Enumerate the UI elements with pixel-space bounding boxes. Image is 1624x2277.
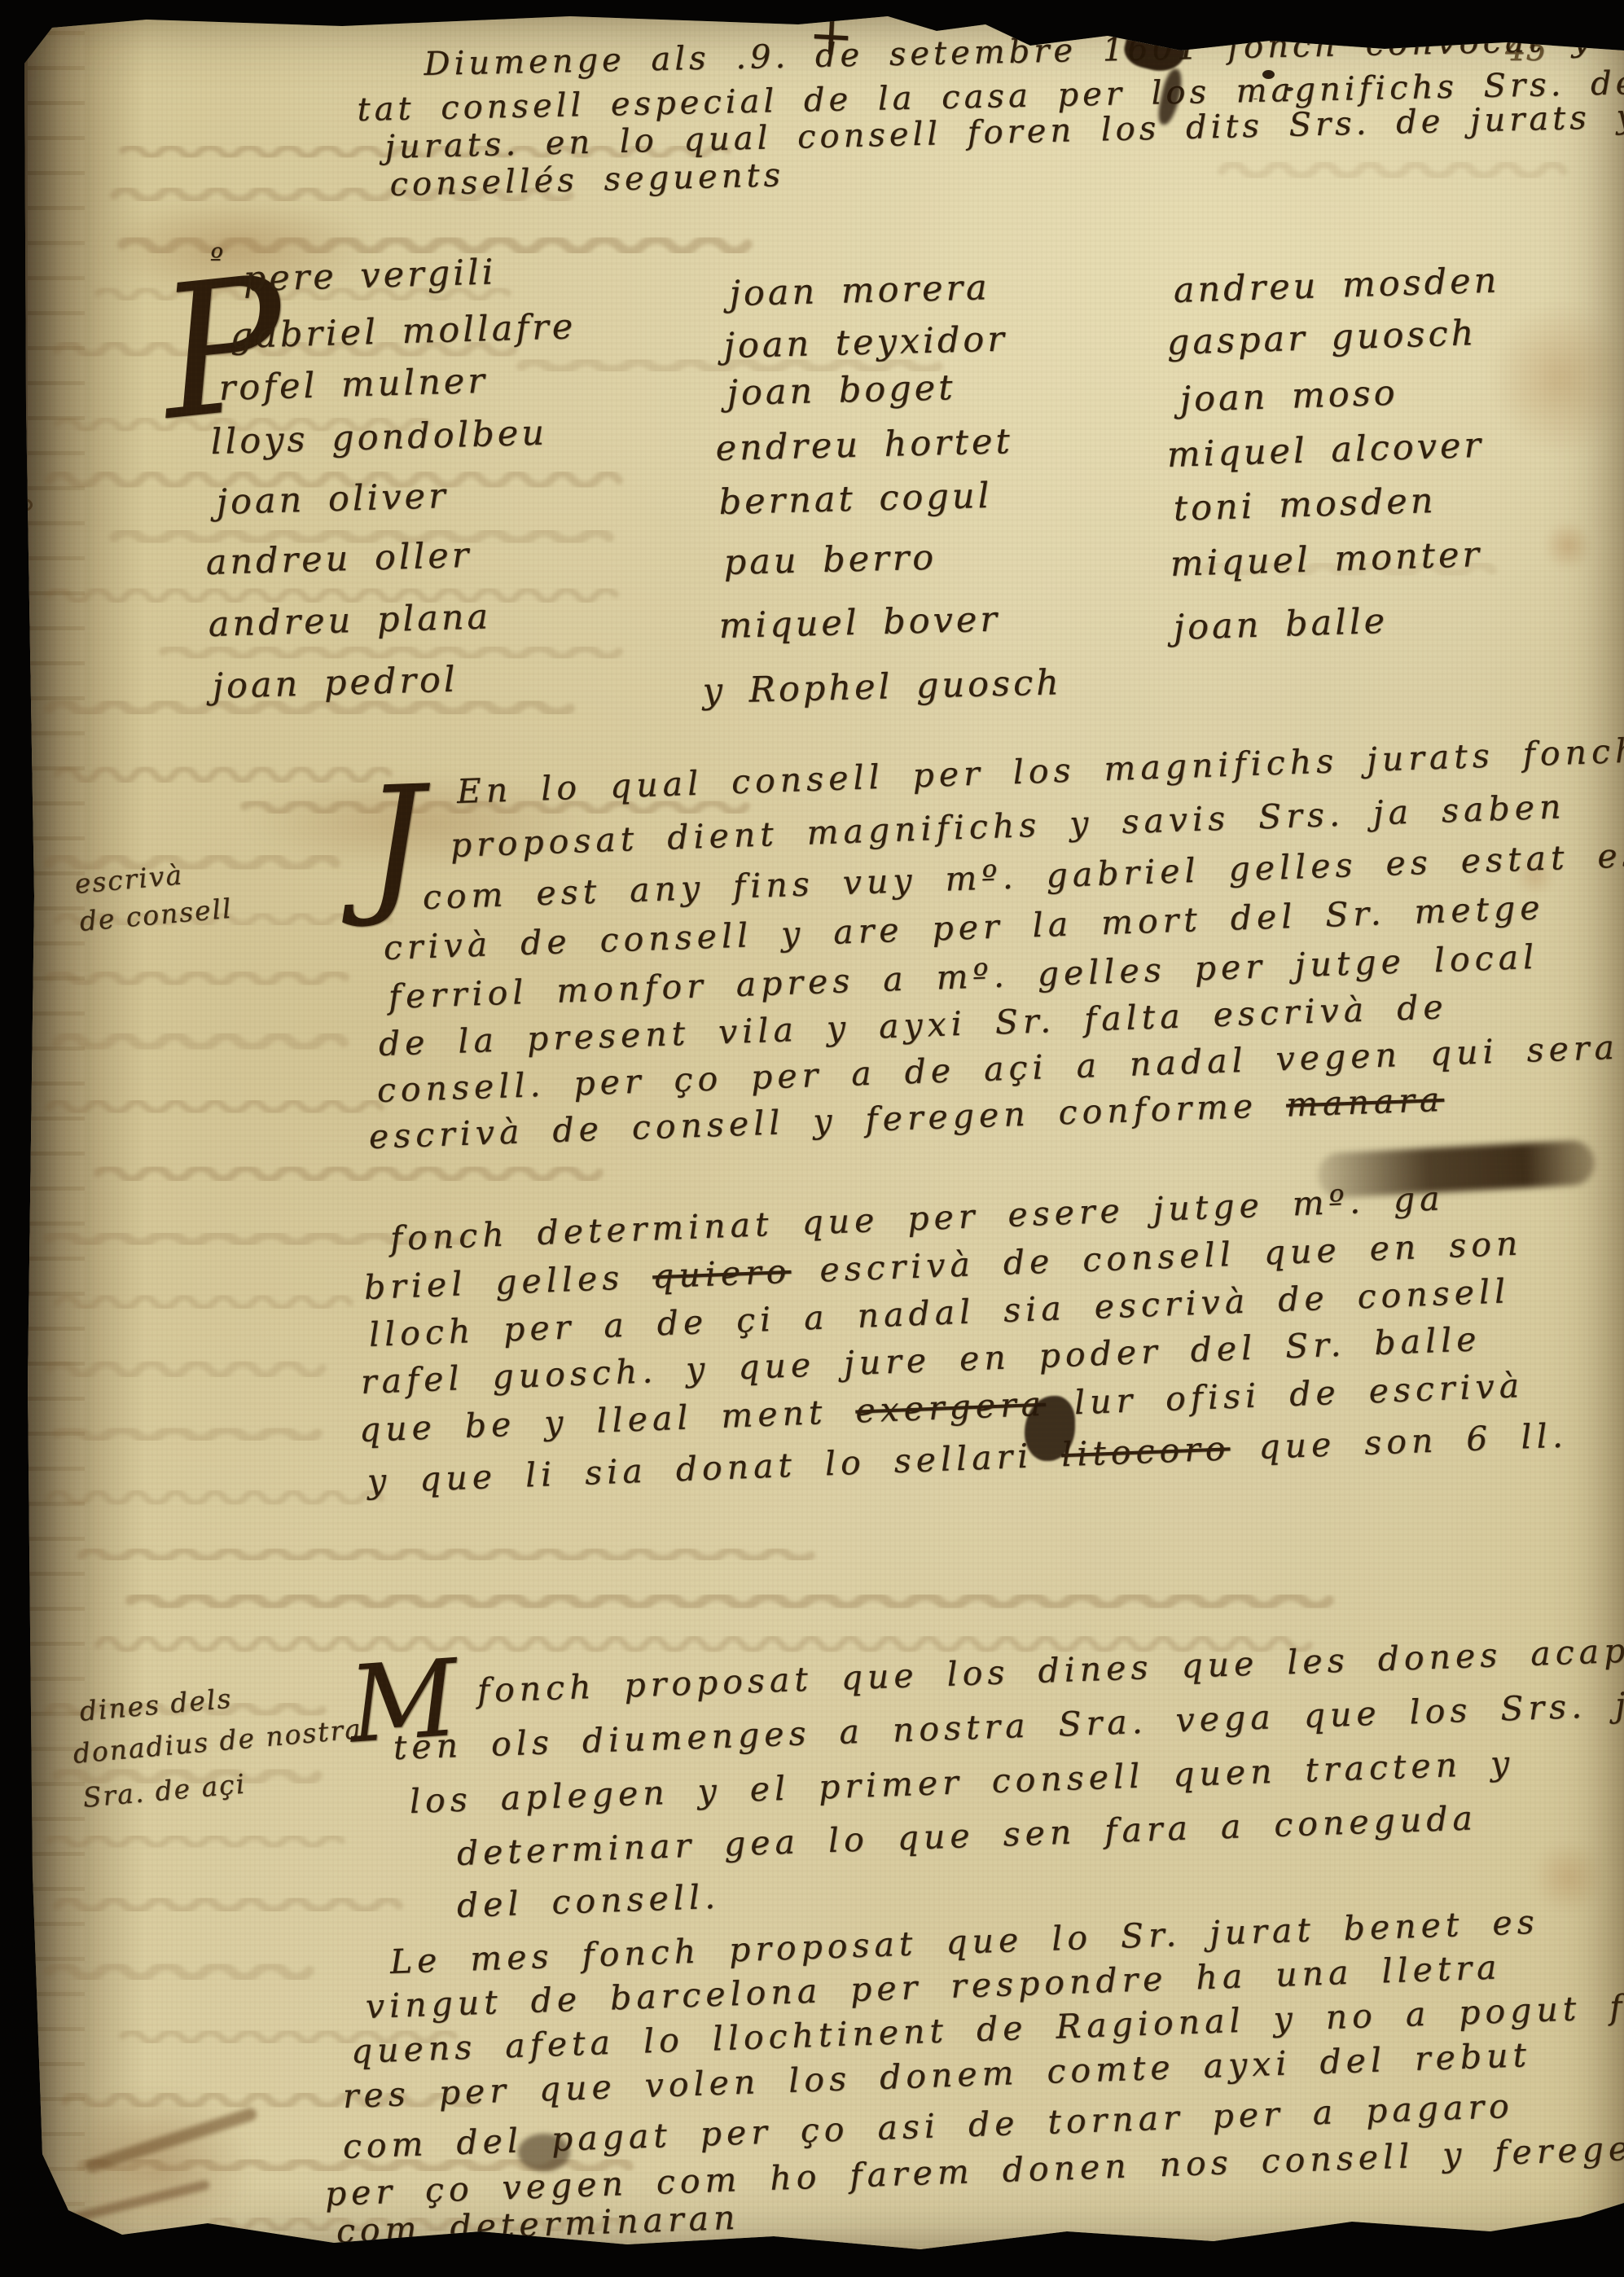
ink-spatter [1262,70,1275,79]
attendee-name: joan moso [1179,373,1398,420]
page-edge-fragment [0,44,24,72]
attendee-name: pau berro [723,537,937,583]
ink-smear [518,2134,570,2171]
stain [1490,301,1624,456]
attendees-initial-superscript: º [210,243,223,275]
attendee-name: joan oliver [216,476,449,523]
page-edge-creases [28,0,85,2277]
body-text: briel gelles [363,1257,653,1307]
body-text: que son 6 ll. [1229,1415,1568,1468]
page-edge-fragment [16,498,33,511]
attendee-name: pere vergili [243,252,497,300]
attendee-name: y Rophel guosch [702,662,1062,712]
attendee-name: joan boget [726,367,956,414]
body-line: del consell. [456,1877,721,1925]
attendee-name: miquel bover [718,599,1000,647]
attendee-name: miquel alcover [1166,425,1485,476]
struck-word: quiero [652,1252,792,1296]
attendee-name: lloys gondolbeu [210,412,548,463]
stain [1543,521,1592,570]
attendee-name: rofel mulner [218,361,488,409]
attendee-name: andreu oller [205,535,472,583]
attendee-name: gaspar guosch [1166,313,1477,363]
struck-word: litocoro [1060,1428,1231,1474]
attendee-name: endreu hortet [715,421,1013,469]
manuscript-scan: + 45 Diumenge als .9. de setembre 1601 f… [0,0,1624,2277]
attendee-name: joan pedrol [212,660,459,707]
attendee-name: joan balle [1173,601,1389,648]
attendee-name: joan teyxidor [723,318,1007,366]
attendee-name: andreu plana [208,596,492,645]
stain [1531,1840,1604,1914]
paragraph-initial: J [362,773,428,910]
parchment-page: + 45 Diumenge als .9. de setembre 1601 f… [0,0,1624,2277]
attendee-name: bernat cogul [718,476,993,523]
struck-word: exergera [854,1384,1046,1431]
attendee-name: gabriel mollafre [230,306,577,357]
attendee-name: joan morera [729,267,990,314]
ink-smear [1317,1139,1595,1199]
attendee-name: miquel monter [1170,534,1483,585]
body-text: lur ofisi de escrivà [1045,1366,1525,1424]
struck-word: manara [1285,1080,1445,1125]
attendee-name: toni mosden [1173,480,1437,529]
attendee-name: andreu mosden [1173,260,1500,311]
body-text: que be y lleal ment [358,1392,856,1450]
page-edge-fragment [0,267,18,288]
